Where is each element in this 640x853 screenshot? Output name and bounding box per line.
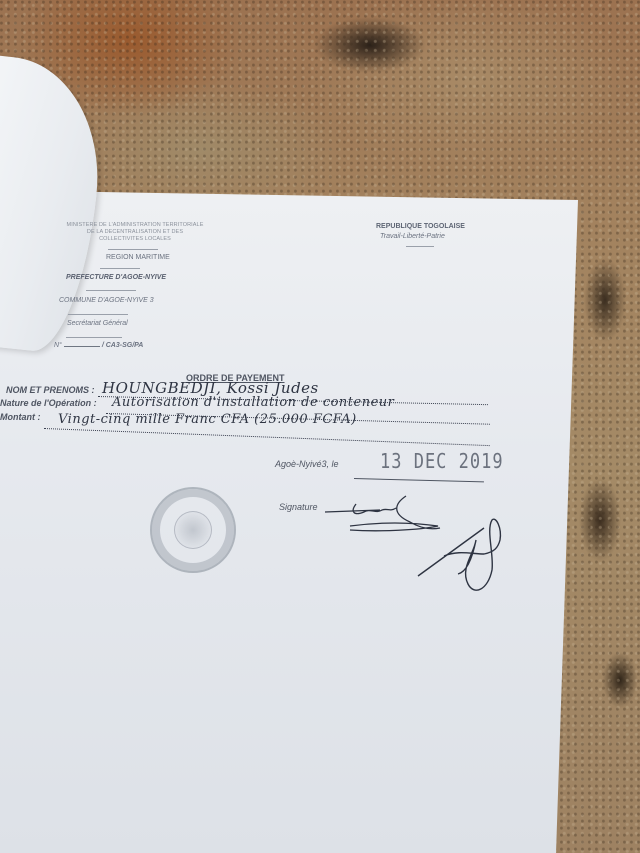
divider xyxy=(100,268,140,269)
ministry-line-2: DE LA DECENTRALISATION ET DES xyxy=(60,229,210,236)
ministry-line-3: COLLECTIVITES LOCALES xyxy=(60,236,210,243)
signature-2-icon xyxy=(414,510,514,600)
official-seal-icon xyxy=(150,487,236,573)
ministry-header: MINISTERE DE L'ADMINISTRATION TERRITORIA… xyxy=(60,222,210,243)
signature-label: Signature xyxy=(279,502,318,512)
reference-prefix: N° xyxy=(54,342,62,349)
field-value-amount: Vingt-cinq mille Franc CFA (25.000 FCFA) xyxy=(58,412,357,427)
region-label: REGION MARITIME xyxy=(106,254,170,261)
divider xyxy=(86,290,136,291)
reference-suffix: / CA3-SG/PA xyxy=(102,342,144,349)
prefecture-label: PREFECTURE D'AGOE-NYIVE xyxy=(66,274,166,281)
divider xyxy=(108,249,158,250)
field-value-operation: Autorisation d'installation de conteneur xyxy=(112,395,394,410)
field-label-name: NOM ET PRENOMS : xyxy=(6,385,95,395)
date-stamp: 13 DEC 2019 xyxy=(380,450,504,474)
office-label: Secrétariat Général xyxy=(67,320,128,327)
commune-label: COMMUNE D'AGOE-NYIVE 3 xyxy=(59,297,154,304)
motto-label: Travail-Liberté-Patrie xyxy=(380,233,445,240)
divider xyxy=(406,246,434,247)
field-label-operation: Nature de l'Opération : xyxy=(0,398,97,408)
divider xyxy=(68,314,128,315)
reference-number: N°/ CA3-SG/PA xyxy=(54,342,143,349)
divider xyxy=(66,337,122,338)
seal-emblem-icon xyxy=(174,511,212,549)
place-date-label: Agoè-Nyivé3, le xyxy=(275,459,339,469)
field-label-amount: Montant : xyxy=(0,412,41,422)
ministry-line-1: MINISTERE DE L'ADMINISTRATION TERRITORIA… xyxy=(60,222,210,229)
country-label: REPUBLIQUE TOGOLAISE xyxy=(376,223,465,230)
